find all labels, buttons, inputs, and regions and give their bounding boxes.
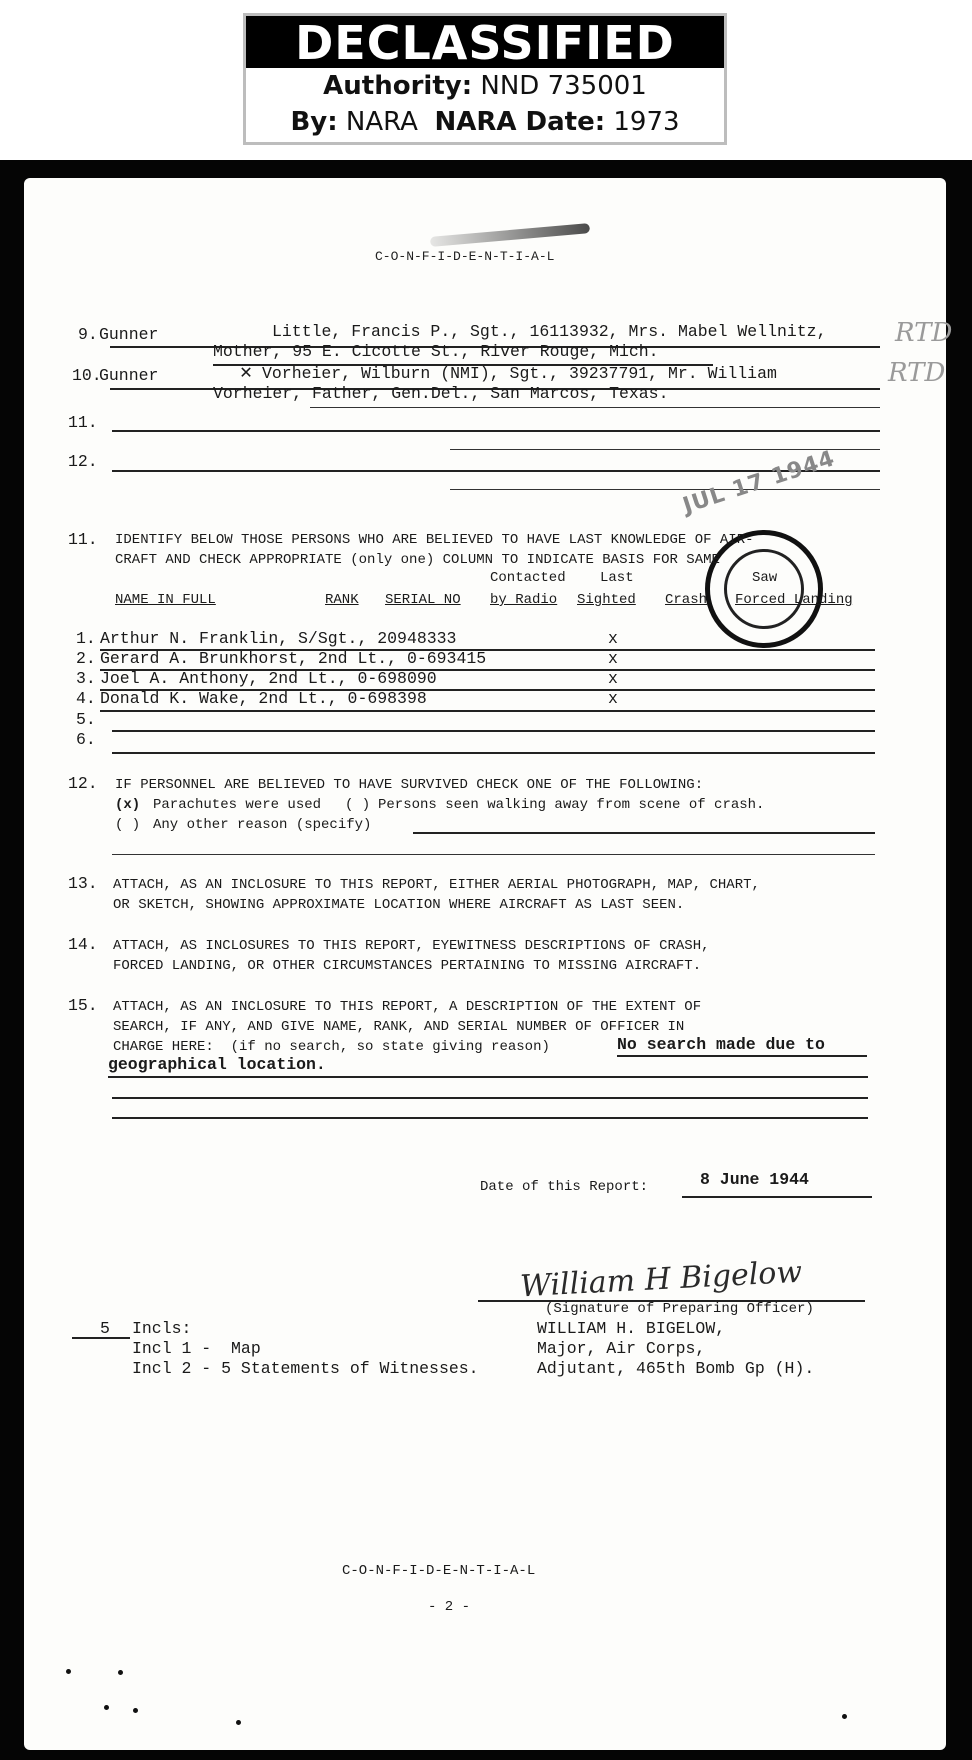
crew-9-number: 9. — [78, 325, 98, 345]
section-15-line2: SEARCH, IF ANY, AND GIVE NAME, RANK, AND… — [113, 1017, 684, 1037]
inclosure-count: 5 — [100, 1319, 110, 1339]
classification-footer: C-O-N-F-I-D-E-N-T-I-A-L — [342, 1561, 535, 1581]
row-6-number: 6. — [76, 730, 96, 750]
by-value: NARA — [346, 107, 418, 137]
section-13-line2: OR SKETCH, SHOWING APPROXIMATE LOCATION … — [113, 895, 684, 915]
crew-10-line1: Vorheier, Wilburn (NMI), Sgt., 39237791,… — [262, 364, 777, 384]
signature-caption: (Signature of Preparing Officer) — [545, 1299, 814, 1319]
inclosure-1: Incl 1 - Map — [132, 1339, 261, 1359]
option-walking-checkbox[interactable]: ( ) — [345, 795, 370, 815]
scan-speck — [236, 1720, 241, 1725]
section-15-answer-2: geographical location. — [108, 1055, 326, 1075]
section-14-line1: ATTACH, AS INCLOSURES TO THIS REPORT, EY… — [113, 936, 710, 956]
by-label: By: — [290, 107, 337, 137]
row-5-line — [112, 730, 875, 732]
row-2-number: 2. — [76, 649, 96, 669]
section-15-line-a — [108, 1076, 868, 1078]
scan-speck — [66, 1669, 71, 1674]
col-sighted: Sighted — [577, 590, 636, 610]
section-14-number: 14. — [68, 935, 98, 955]
section-12-text: IF PERSONNEL ARE BELIEVED TO HAVE SURVIV… — [115, 775, 703, 795]
officer-name: WILLIAM H. BIGELOW, — [537, 1319, 725, 1339]
row-4-mark: x — [608, 689, 618, 709]
section-15-line3: CHARGE HERE: (if no search, so state giv… — [113, 1037, 550, 1057]
row-3-number: 3. — [76, 669, 96, 689]
row-4-number: 4. — [76, 689, 96, 709]
row-1-number: 1. — [76, 629, 96, 649]
option-other-checkbox[interactable]: ( ) — [115, 815, 140, 835]
declassified-stamp: DECLASSIFIED Authority: NND 735001 By: N… — [243, 13, 727, 145]
officer-title: Adjutant, 465th Bomb Gp (H). — [537, 1359, 814, 1379]
crew-9-line1: Little, Francis P., Sgt., 16113932, Mrs.… — [272, 322, 827, 342]
nara-date-label: NARA Date: — [434, 107, 605, 137]
authority-line: Authority: NND 735001 — [246, 68, 724, 104]
section-12-number: 12. — [68, 774, 98, 794]
crew-12-line2 — [450, 489, 880, 490]
col-serial: SERIAL NO — [385, 590, 461, 610]
col-crash: Crash — [665, 590, 707, 610]
section-14-line2: FORCED LANDING, OR OTHER CIRCUMSTANCES P… — [113, 956, 701, 976]
crew-10-mark: ✕ — [240, 364, 252, 384]
row-5-number: 5. — [76, 710, 96, 730]
authority-label: Authority: — [323, 71, 472, 101]
report-date-underline — [682, 1196, 872, 1198]
row-1-mark: x — [608, 629, 618, 649]
section-15-line-c — [112, 1117, 868, 1119]
crew-12-number: 12. — [68, 452, 98, 472]
crew-11-number: 11. — [68, 413, 98, 433]
section-15-line-b — [112, 1097, 868, 1099]
section-12-extra-line — [112, 854, 875, 855]
col-forced-landing: Forced Landing — [735, 590, 853, 610]
crew-10-position: Gunner — [99, 366, 158, 386]
row-3-mark: x — [608, 669, 618, 689]
nara-date-value: 1973 — [613, 107, 679, 137]
row-2-mark: x — [608, 649, 618, 669]
row-4-line — [100, 710, 875, 712]
row-1-entry: Arthur N. Franklin, S/Sgt., 20948333 — [100, 629, 456, 649]
scan-speck — [842, 1714, 847, 1719]
col-header-contacted: Contacted — [490, 568, 566, 588]
section-15-answer-1: No search made due to — [617, 1035, 825, 1055]
officer-rank: Major, Air Corps, — [537, 1339, 705, 1359]
crew-10-underline2 — [310, 407, 880, 408]
section-13-number: 13. — [68, 874, 98, 894]
option-other-label: Any other reason (specify) — [153, 815, 371, 835]
inclosures-label: Incls: — [132, 1319, 191, 1339]
by-line: By: NARA NARA Date: 1973 — [246, 104, 724, 140]
margin-note-rtd-2: RTD — [888, 358, 945, 388]
crew-10-number: 10. — [72, 366, 102, 386]
report-date-value: 8 June 1944 — [700, 1170, 809, 1190]
classification-header: C-O-N-F-I-D-E-N-T-I-A-L — [375, 247, 554, 267]
report-date-label: Date of this Report: — [480, 1177, 648, 1197]
section-11-text-2: CRAFT AND CHECK APPROPRIATE (only one) C… — [115, 550, 720, 570]
crew-10-line2: Vorheier, Father, Gen.Del., San Marcos, … — [213, 384, 668, 404]
col-name: NAME IN FULL — [115, 590, 216, 610]
declassified-title: DECLASSIFIED — [246, 16, 724, 68]
col-header-last: Last — [600, 568, 634, 588]
crew-11-line — [112, 430, 880, 432]
option-walking-label: Persons seen walking away from scene of … — [378, 795, 764, 815]
row-3-entry: Joel A. Anthony, 2nd Lt., 0-698090 — [100, 669, 437, 689]
row-6-line — [112, 752, 875, 754]
option-parachutes-checkbox[interactable]: (x) — [115, 795, 140, 815]
scan-speck — [133, 1708, 138, 1713]
col-by-radio: by Radio — [490, 590, 557, 610]
col-rank: RANK — [325, 590, 359, 610]
authority-value: NND 735001 — [480, 71, 646, 101]
page-number: - 2 - — [428, 1597, 470, 1617]
inclosure-2: Incl 2 - 5 Statements of Witnesses. — [132, 1359, 479, 1379]
inclosure-count-underline — [72, 1337, 130, 1339]
section-15-answer-underline — [617, 1055, 867, 1057]
scan-speck — [104, 1705, 109, 1710]
section-15-line1: ATTACH, AS AN INCLOSURE TO THIS REPORT, … — [113, 997, 701, 1017]
option-parachutes-label: Parachutes were used — [153, 795, 321, 815]
row-2-entry: Gerard A. Brunkhorst, 2nd Lt., 0-693415 — [100, 649, 486, 669]
option-other-field[interactable] — [413, 832, 875, 834]
section-13-line1: ATTACH, AS AN INCLOSURE TO THIS REPORT, … — [113, 875, 760, 895]
margin-note-rtd-1: RTD — [895, 318, 952, 348]
crew-9-position: Gunner — [99, 325, 158, 345]
round-stamp-text: Saw — [752, 568, 777, 588]
section-11-number: 11. — [68, 530, 98, 550]
crew-9-line2: Mother, 95 E. Cicotte St., River Rouge, … — [213, 342, 659, 362]
scan-speck — [118, 1670, 123, 1675]
row-4-entry: Donald K. Wake, 2nd Lt., 0-698398 — [100, 689, 427, 709]
section-15-number: 15. — [68, 996, 98, 1016]
section-11-text-1: IDENTIFY BELOW THOSE PERSONS WHO ARE BEL… — [115, 530, 754, 550]
